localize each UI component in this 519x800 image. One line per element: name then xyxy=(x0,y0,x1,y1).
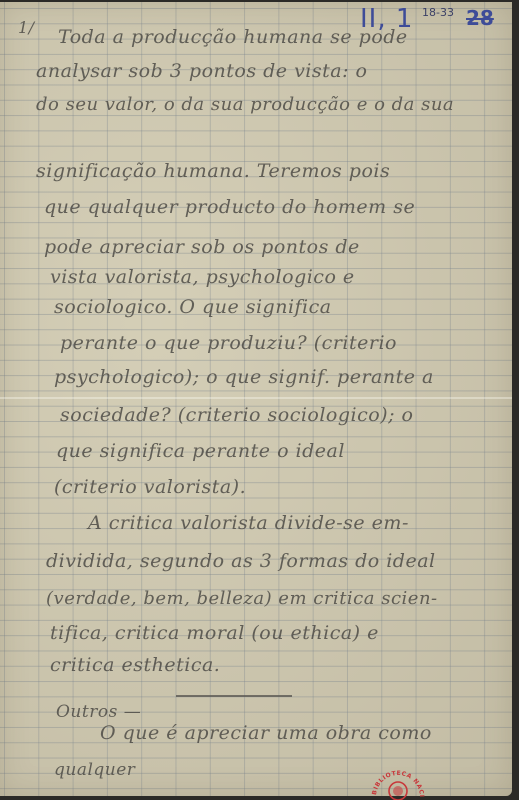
archive-ref-range: 18-33 xyxy=(422,6,454,19)
text-line-6: pode apreciar sob os pontos de xyxy=(44,236,360,258)
text-line-8: sociologico. O que significa xyxy=(54,296,332,318)
text-line-10: psychologico); o que signif. perante a xyxy=(54,366,434,388)
text-line-14: A critica valorista divide-se em- xyxy=(88,512,409,534)
text-line-13: (criterio valorista). xyxy=(54,476,246,498)
text-line-16: (verdade, bem, belleza) em critica scien… xyxy=(46,588,438,609)
text-line-5: que qualquer producto do homem se xyxy=(44,196,415,218)
text-line-1: Toda a producção humana se pode xyxy=(58,26,408,48)
text-line-20: O que é apreciar uma obra como xyxy=(100,722,432,744)
text-line-3: do seu valor, o da sua producção e o da … xyxy=(36,94,454,115)
text-line-21: qualquer xyxy=(54,760,135,780)
text-line-18: critica esthetica. xyxy=(50,654,220,676)
text-line-7: vista valorista, psychologico e xyxy=(50,266,355,288)
text-line-17: tifica, critica moral (ou ethica) e xyxy=(50,622,379,644)
archive-ref-struck-number: 28 xyxy=(466,6,494,30)
text-line-outros: Outros — xyxy=(56,702,141,722)
manuscript-page: II, 1 18-33 28 1/ Toda a producção human… xyxy=(0,2,512,796)
text-line-12: que significa perante o ideal xyxy=(56,440,345,462)
text-line-4: significação humana. Teremos pois xyxy=(36,160,390,182)
text-line-11: sociedade? (criterio sociologico); o xyxy=(60,404,413,426)
paper-fold-line xyxy=(0,397,512,399)
text-line-9: perante o que produziu? (criterio xyxy=(60,332,397,354)
separator-rule xyxy=(176,695,292,697)
biblioteca-nacional-stamp: BIBLIOTECA NACIONAL xyxy=(370,757,426,800)
text-line-2: analysar sob 3 pontos de vista: o xyxy=(36,60,367,82)
page-marker: 1/ xyxy=(18,18,35,37)
text-line-15: dividida, segundo as 3 formas do ideal xyxy=(46,550,436,572)
